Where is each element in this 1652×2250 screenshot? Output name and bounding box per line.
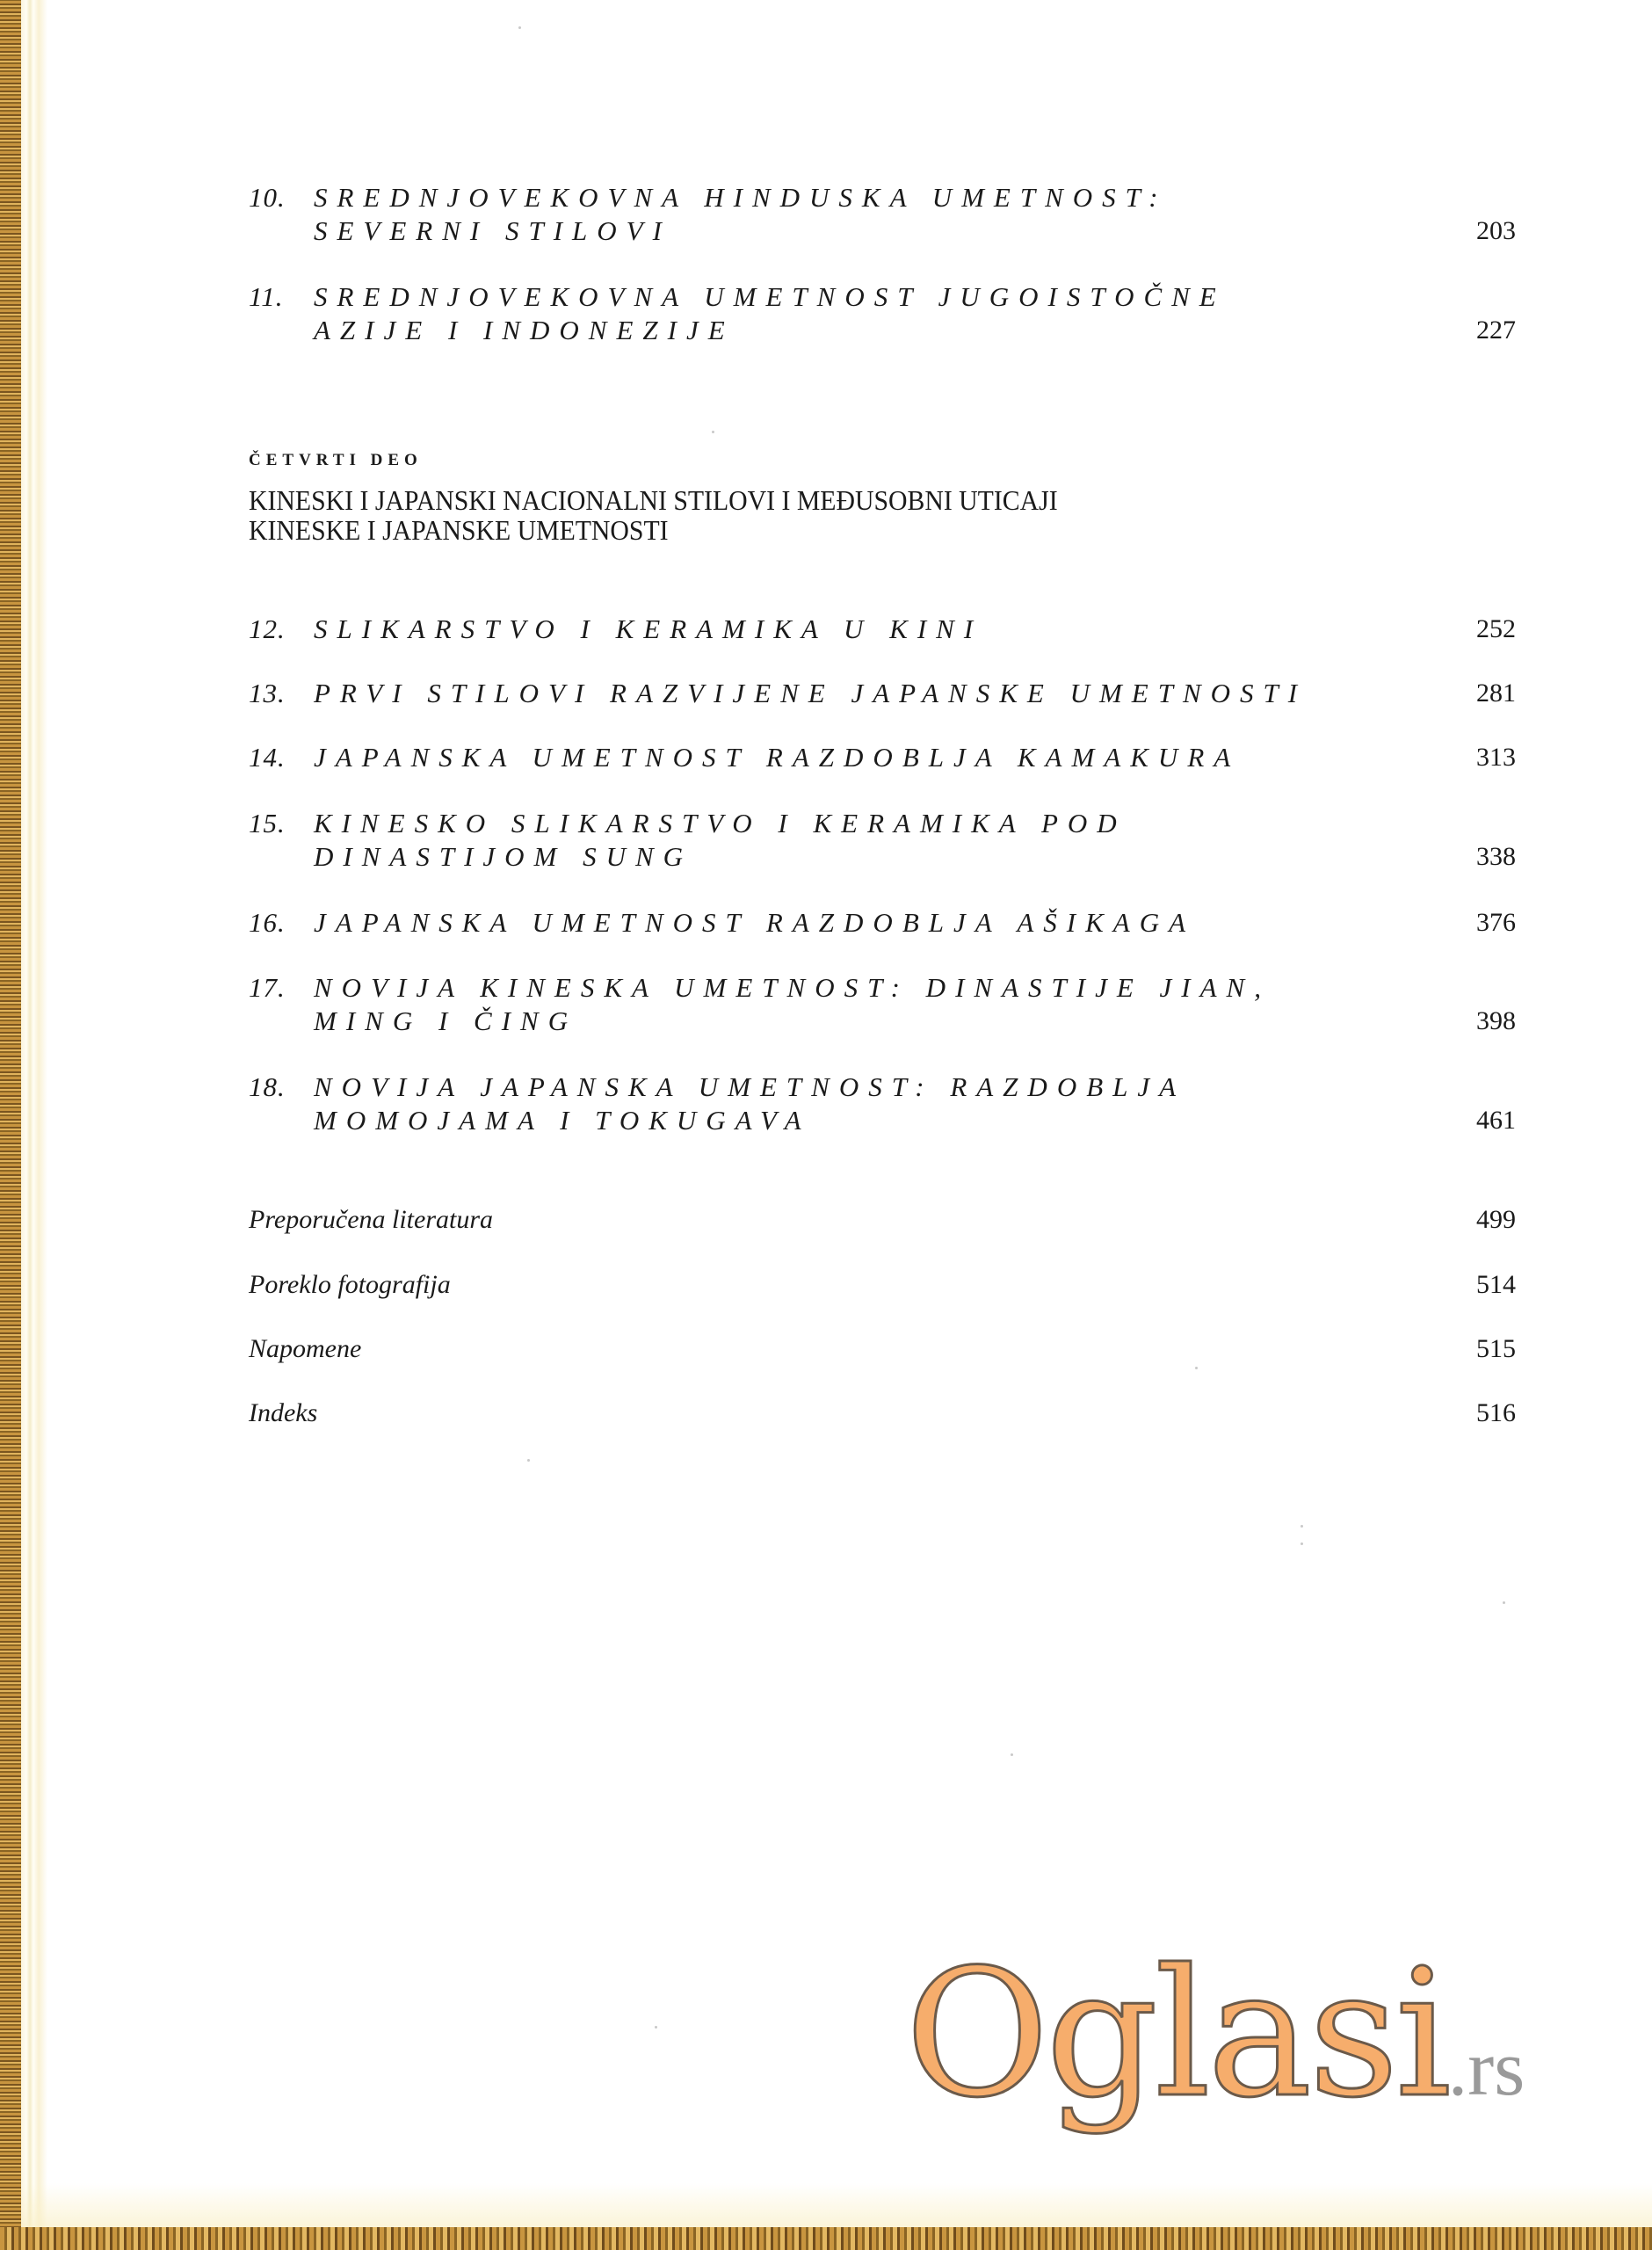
scan-speck bbox=[655, 2026, 657, 2029]
chapter-title: PRVI STILOVI RAZVIJENE JAPANSKE UMETNOST… bbox=[314, 677, 1421, 710]
scan-speck bbox=[518, 26, 521, 29]
chapter-title: KINESKO SLIKARSTVO I KERAMIKA POD DINAST… bbox=[314, 807, 1421, 874]
toc-entry[interactable]: 12. SLIKARSTVO I KERAMIKA U KINI 252 bbox=[249, 613, 1516, 646]
chapter-title: SREDNJOVEKOVNA HINDUSKA UMETNOST: SEVERN… bbox=[314, 181, 1421, 248]
chapter-title: JAPANSKA UMETNOST RAZDOBLJA KAMAKURA bbox=[314, 741, 1421, 774]
part-title-line: KINESKI I JAPANSKI NACIONALNI STILOVI I … bbox=[249, 485, 1311, 515]
watermark-text: Oglasi bbox=[905, 1932, 1448, 2137]
page-edges bbox=[21, 0, 47, 2227]
page-number: 338 bbox=[1476, 840, 1516, 874]
scan-speck bbox=[1301, 1542, 1303, 1545]
chapter-title: NOVIJA KINESKA UMETNOST: DINASTIJE JIAN,… bbox=[314, 971, 1421, 1038]
chapter-number: 17. bbox=[249, 971, 286, 1005]
part-label: ČETVRTI DEO bbox=[249, 451, 423, 470]
toc-entry[interactable]: 11. SREDNJOVEKOVNA UMETNOST JUGOISTOČNE … bbox=[249, 280, 1516, 347]
chapter-number: 12. bbox=[249, 613, 286, 646]
page-number: 313 bbox=[1476, 741, 1516, 774]
page-number: 252 bbox=[1476, 613, 1516, 646]
scan-speck bbox=[1011, 1753, 1013, 1756]
toc-entry[interactable]: 17. NOVIJA KINESKA UMETNOST: DINASTIJE J… bbox=[249, 971, 1516, 1038]
chapter-number: 10. bbox=[249, 181, 286, 214]
toc-entry[interactable]: 15. KINESKO SLIKARSTVO I KERAMIKA POD DI… bbox=[249, 807, 1516, 874]
chapter-number: 18. bbox=[249, 1071, 286, 1104]
page-number: 515 bbox=[1476, 1332, 1516, 1366]
cloth-binding-bottom bbox=[0, 2227, 1652, 2250]
back-matter-label: Preporučena literatura bbox=[249, 1203, 493, 1237]
toc-entry[interactable]: 16. JAPANSKA UMETNOST RAZDOBLJA AŠIKAGA … bbox=[249, 906, 1516, 940]
chapter-title: SREDNJOVEKOVNA UMETNOST JUGOISTOČNE AZIJ… bbox=[314, 280, 1421, 347]
back-matter-label: Indeks bbox=[249, 1397, 317, 1430]
page-number: 281 bbox=[1476, 677, 1516, 710]
page-bottom-tint bbox=[21, 2183, 1652, 2227]
chapter-number: 11. bbox=[249, 280, 283, 314]
scan-speck bbox=[527, 1459, 530, 1462]
chapter-number: 13. bbox=[249, 677, 286, 710]
scan-speck bbox=[712, 431, 714, 433]
oglasi-watermark-logo: Oglasi.rs bbox=[905, 1947, 1525, 2157]
chapter-title: SLIKARSTVO I KERAMIKA U KINI bbox=[314, 613, 1421, 646]
part-title-line: KINESKE I JAPANSKE UMETNOSTI bbox=[249, 515, 1311, 545]
page-number: 203 bbox=[1476, 214, 1516, 248]
page-number: 227 bbox=[1476, 314, 1516, 347]
scan-speck bbox=[1195, 1367, 1198, 1369]
scan-speck bbox=[1301, 1525, 1303, 1528]
page-number: 376 bbox=[1476, 906, 1516, 940]
page-number: 398 bbox=[1476, 1005, 1516, 1038]
page-number: 461 bbox=[1476, 1104, 1516, 1137]
page-number: 516 bbox=[1476, 1397, 1516, 1430]
chapter-title: NOVIJA JAPANSKA UMETNOST: RAZDOBLJA MOMO… bbox=[314, 1071, 1421, 1137]
chapter-number: 14. bbox=[249, 741, 286, 774]
watermark-tld: .rs bbox=[1448, 2025, 1525, 2112]
toc-entry[interactable]: 13. PRVI STILOVI RAZVIJENE JAPANSKE UMET… bbox=[249, 677, 1516, 710]
scan-speck bbox=[1503, 1601, 1505, 1604]
toc-entry[interactable]: 14. JAPANSKA UMETNOST RAZDOBLJA KAMAKURA… bbox=[249, 741, 1516, 774]
toc-entry[interactable]: 10. SREDNJOVEKOVNA HINDUSKA UMETNOST: SE… bbox=[249, 181, 1516, 248]
toc-entry[interactable]: 18. NOVIJA JAPANSKA UMETNOST: RAZDOBLJA … bbox=[249, 1071, 1516, 1137]
chapter-title: JAPANSKA UMETNOST RAZDOBLJA AŠIKAGA bbox=[314, 906, 1421, 940]
chapter-number: 16. bbox=[249, 906, 286, 940]
back-matter-label: Poreklo fotografija bbox=[249, 1268, 451, 1302]
back-matter-label: Napomene bbox=[249, 1332, 361, 1366]
cloth-binding-left bbox=[0, 0, 21, 2250]
chapter-number: 15. bbox=[249, 807, 286, 840]
page-number: 514 bbox=[1476, 1268, 1516, 1302]
page-number: 499 bbox=[1476, 1203, 1516, 1237]
part-title: KINESKI I JAPANSKI NACIONALNI STILOVI I … bbox=[249, 485, 1311, 545]
